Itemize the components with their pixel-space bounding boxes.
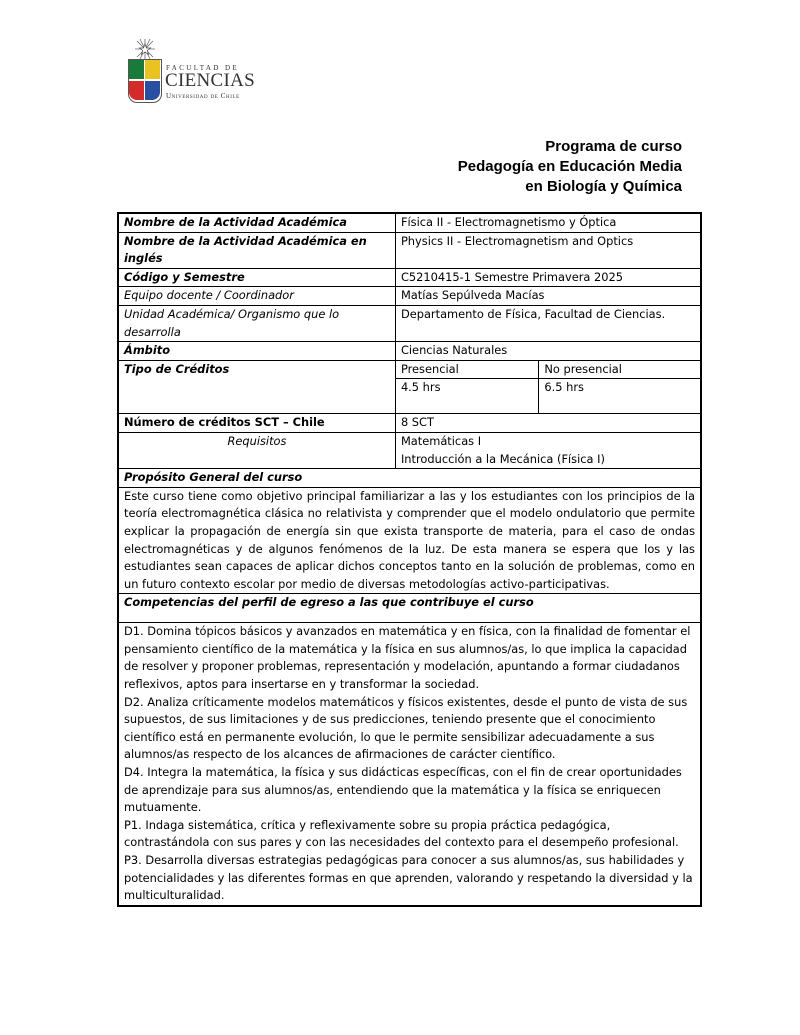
- proposito-text: Este curso tiene como objetivo principal…: [118, 487, 701, 594]
- no-presencial-value: 6.5 hrs: [539, 379, 701, 414]
- row-label: Nombre de la Actividad Académica en ingl…: [118, 232, 395, 268]
- row-value: C5210415-1 Semestre Primavera 2025: [395, 268, 701, 287]
- competencias-title: Competencias del perfil de egreso a las …: [118, 594, 701, 623]
- row-label: Ámbito: [118, 342, 395, 361]
- requisito-item: Matemáticas I: [401, 433, 695, 451]
- faculty-logo: FACULTAD DE CIENCIAS Universidad de Chil…: [126, 38, 266, 104]
- competencia-item: D2. Analiza críticamente modelos matemát…: [124, 694, 695, 764]
- row-label: Código y Semestre: [118, 268, 395, 287]
- coat-of-arms-icon: [128, 59, 162, 103]
- logo-ciencias-text: CIENCIAS: [165, 71, 255, 91]
- title-line-3: en Biología y Química: [458, 177, 682, 197]
- table-row: Número de créditos SCT – Chile 8 SCT: [118, 414, 701, 433]
- table-row: Nombre de la Actividad Académica Física …: [118, 213, 701, 232]
- table-row: Código y Semestre C5210415-1 Semestre Pr…: [118, 268, 701, 287]
- row-value: Física II - Electromagnetismo y Óptica: [395, 213, 701, 232]
- logo-university-text: Universidad de Chile: [166, 92, 240, 100]
- star-emblem-icon: [132, 38, 158, 60]
- document-title: Programa de curso Pedagogía en Educación…: [458, 137, 682, 197]
- competencia-item: D4. Integra la matemática, la física y s…: [124, 764, 695, 817]
- requisitos-values: Matemáticas I Introducción a la Mecánica…: [395, 432, 701, 468]
- row-value: Physics II - Electromagnetism and Optics: [395, 232, 701, 268]
- credits-type-label: Tipo de Créditos: [118, 360, 395, 414]
- sct-value: 8 SCT: [395, 414, 701, 433]
- row-value: Departamento de Física, Facultad de Cien…: [395, 305, 701, 341]
- table-row: Equipo docente / Coordinador Matías Sepú…: [118, 287, 701, 306]
- table-row: Requisitos Matemáticas I Introducción a …: [118, 432, 701, 468]
- title-line-1: Programa de curso: [458, 137, 682, 157]
- course-info-table: Nombre de la Actividad Académica Física …: [117, 212, 702, 907]
- title-line-2: Pedagogía en Educación Media: [458, 157, 682, 177]
- table-row: Propósito General del curso: [118, 469, 701, 488]
- table-row: Este curso tiene como objetivo principal…: [118, 487, 701, 594]
- competencia-item: D1. Domina tópicos básicos y avanzados e…: [124, 623, 695, 693]
- competencias-list: D1. Domina tópicos básicos y avanzados e…: [118, 623, 701, 906]
- competencia-item: P1. Indaga sistemática, crítica y reflex…: [124, 817, 695, 852]
- sct-label: Número de créditos SCT – Chile: [118, 414, 395, 433]
- row-value: Ciencias Naturales: [395, 342, 701, 361]
- presencial-value: 4.5 hrs: [395, 379, 538, 414]
- requisito-item: Introducción a la Mecánica (Física I): [401, 451, 695, 469]
- row-label: Unidad Académica/ Organismo que lo desar…: [118, 305, 395, 341]
- table-row: Competencias del perfil de egreso a las …: [118, 594, 701, 623]
- table-row: Tipo de Créditos Presencial No presencia…: [118, 360, 701, 379]
- row-label: Equipo docente / Coordinador: [118, 287, 395, 306]
- competencia-item: P3. Desarrolla diversas estrategias peda…: [124, 852, 695, 905]
- table-row: Ámbito Ciencias Naturales: [118, 342, 701, 361]
- proposito-title: Propósito General del curso: [118, 469, 701, 488]
- no-presencial-label: No presencial: [539, 360, 701, 379]
- row-label: Nombre de la Actividad Académica: [118, 213, 395, 232]
- row-value: Matías Sepúlveda Macías: [395, 287, 701, 306]
- table-row: Unidad Académica/ Organismo que lo desar…: [118, 305, 701, 341]
- presencial-label: Presencial: [395, 360, 538, 379]
- requisitos-label: Requisitos: [118, 432, 395, 468]
- table-row: D1. Domina tópicos básicos y avanzados e…: [118, 623, 701, 906]
- table-row: Nombre de la Actividad Académica en ingl…: [118, 232, 701, 268]
